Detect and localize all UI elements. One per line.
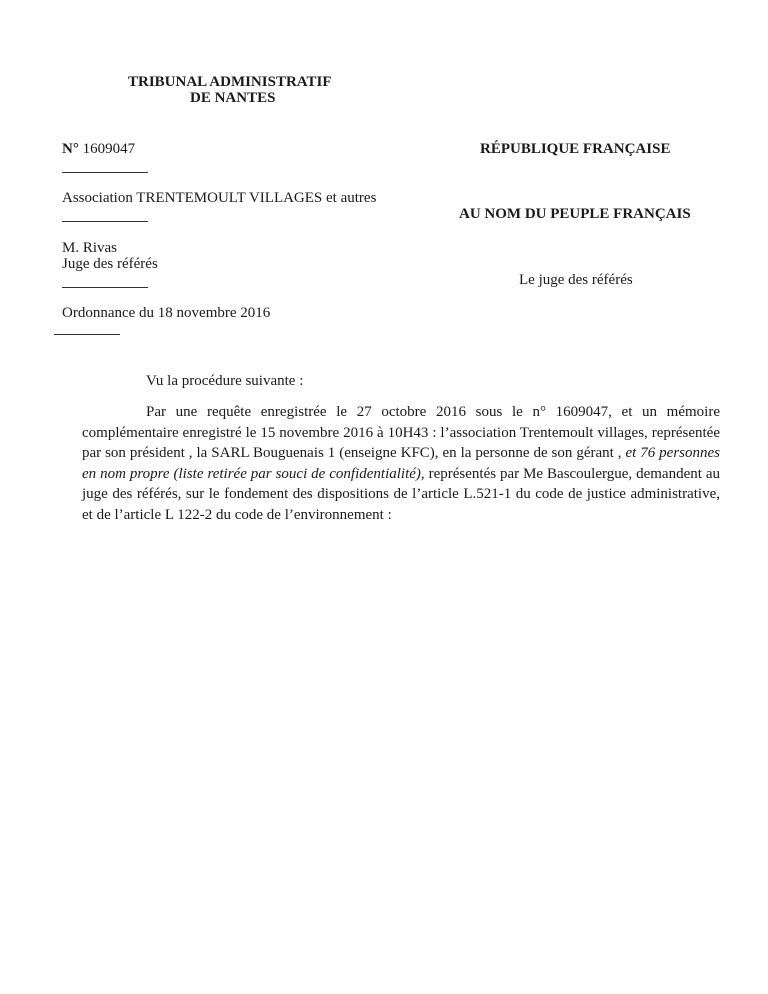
separator-rule (62, 172, 148, 173)
request-paragraph: Par une requête enregistrée le 27 octobr… (82, 402, 720, 525)
judge-heading: Le juge des référés (519, 272, 633, 289)
separator-rule (62, 221, 148, 222)
judge-title: Juge des référés (62, 256, 158, 273)
name-of-people: AU NOM DU PEUPLE FRANÇAIS (459, 206, 691, 223)
judge-name: M. Rivas (62, 240, 117, 257)
separator-rule (54, 334, 120, 335)
court-name-line2: DE NANTES (190, 90, 275, 107)
parties: Association TRENTEMOULT VILLAGES et autr… (62, 190, 376, 207)
court-name-line1: TRIBUNAL ADMINISTRATIF (128, 74, 332, 91)
order-date: Ordonnance du 18 novembre 2016 (62, 305, 270, 322)
case-number-value: 1609047 (83, 141, 136, 157)
case-number-label: N° (62, 141, 79, 157)
procedure-heading: Vu la procédure suivante : (146, 373, 303, 390)
case-number: N° 1609047 (62, 141, 135, 158)
republic-title: RÉPUBLIQUE FRANÇAISE (480, 141, 670, 158)
separator-rule (62, 287, 148, 288)
